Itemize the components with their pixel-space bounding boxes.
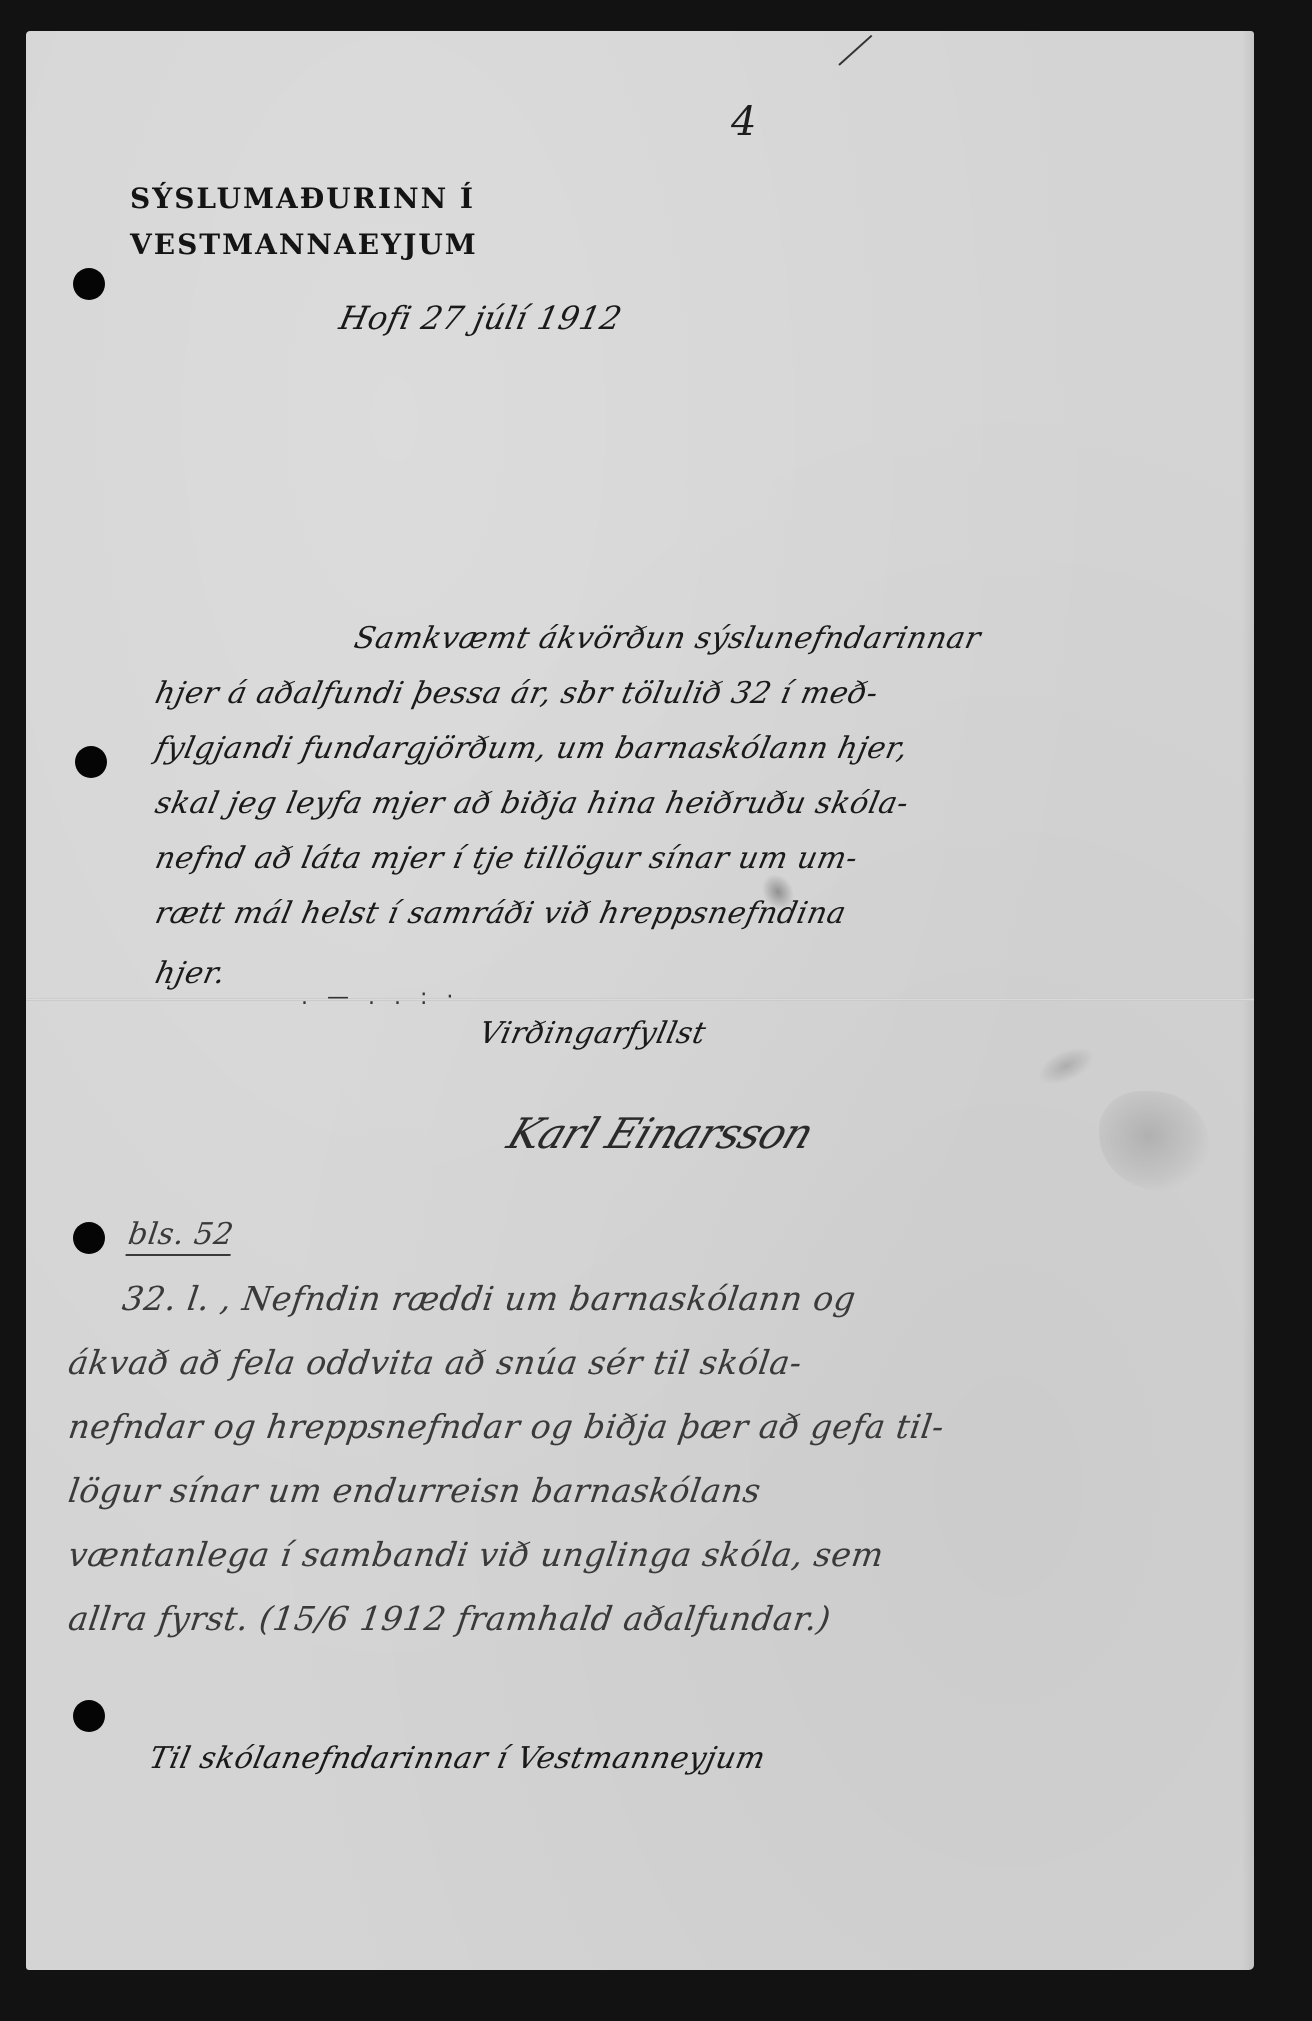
page-reference: bls. 52 (126, 1217, 236, 1252)
annotation-line: nefndar og hreppsnefndar og biðja þær að… (66, 1407, 947, 1446)
letter-line: Samkvæmt ákvörðun sýslunefndarinnar (351, 621, 984, 656)
annotation-line: væntanlega í sambandi við unglinga skóla… (66, 1535, 886, 1574)
letter-line: skal jeg leyfa mjer að biðja hina heiðru… (152, 786, 912, 821)
letter-line: fylgjandi fundargjörðum, um barnaskólann… (152, 731, 911, 766)
pencil-slash-mark (838, 35, 872, 66)
page-reference-text: bls. 52 (125, 1217, 235, 1256)
punch-hole (73, 268, 105, 300)
page-number-mark: 4 (731, 99, 756, 145)
punch-hole (73, 1700, 105, 1732)
letter-line: hjer. (152, 956, 229, 991)
annotation-line: allra fyrst. (15/6 1912 framhald aðalfun… (66, 1599, 833, 1638)
annotation-line: lögur sínar um endurreisn barnaskólans (66, 1471, 763, 1510)
ink-smudge (1032, 1040, 1099, 1093)
punch-hole (75, 746, 107, 778)
document-page: 4 SÝSLUMAÐURINN Í VESTMANNAEYJUM Hofi 27… (26, 31, 1254, 1970)
annotation-line: 32. l. , Nefndin ræddi um barnaskólann o… (120, 1279, 858, 1318)
punch-hole (73, 1222, 105, 1254)
paper-fold-crease (26, 998, 1254, 1001)
letterhead: SÝSLUMAÐURINN Í VESTMANNAEYJUM (130, 176, 478, 268)
dotted-filler: . — . . : · (301, 985, 459, 1010)
addressee-line: Til skólanefndarinnar í Vestmanneyjum (146, 1741, 769, 1776)
letter-line: nefnd að láta mjer í tje tillögur sínar … (152, 841, 861, 876)
closing-salutation: Virðingarfyllst (476, 1016, 709, 1051)
letter-line: rætt mál helst í samráði við hreppsnefnd… (152, 896, 849, 931)
water-stain (1099, 1091, 1209, 1191)
place-and-date: Hofi 27 júlí 1912 (336, 299, 625, 337)
letterhead-line-1: SÝSLUMAÐURINN Í (130, 176, 478, 222)
annotation-line: ákvað að fela oddvita að snúa sér til sk… (66, 1343, 804, 1382)
letter-line: hjer á aðalfundi þessa ár, sbr tölulið 3… (152, 676, 881, 711)
signature: Karl Einarsson (501, 1109, 820, 1158)
letterhead-line-2: VESTMANNAEYJUM (130, 222, 478, 268)
